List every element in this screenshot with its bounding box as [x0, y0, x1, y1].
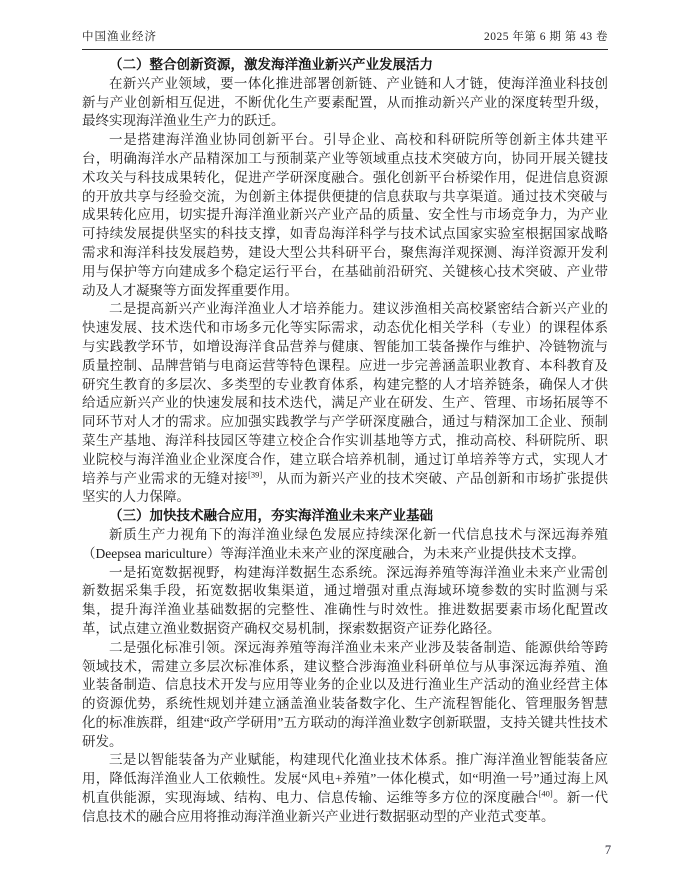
journal-page: 中国渔业经济 2025 年第 6 期 第 43 卷 （二）整合创新资源，激发海洋…	[0, 0, 691, 873]
paragraph-text: 一是搭建海洋渔业协同创新平台。引导企业、高校和科研院所等创新主体共建平台，明确海…	[82, 132, 608, 297]
article-body: （二）整合创新资源，激发海洋渔业新兴产业发展活力 在新兴产业领域，要一体化推进部…	[82, 56, 608, 827]
paragraph-text: 在新兴产业领域，要一体化推进部署创新链、产业链和人才链，使海洋渔业科技创新与产业…	[82, 76, 608, 129]
page-number: 7	[598, 843, 618, 858]
paragraph-section3-point1: 一是拓宽数据视野，构建海洋数据生态系统。深远海养殖等海洋渔业未来产业需创新数据采…	[82, 564, 608, 639]
journal-title: 中国渔业经济	[82, 28, 157, 44]
paragraph-text: 三是以智能装备为产业赋能，构建现代化渔业技术体系。推广海洋渔业智能装备应用，降低…	[82, 752, 608, 805]
paragraph-section2-point1: 一是搭建海洋渔业协同创新平台。引导企业、高校和科研院所等创新主体共建平台，明确海…	[82, 131, 608, 300]
paragraph-section2-point2: 二是提高新兴产业海洋渔业人才培养能力。建议涉渔相关高校紧密结合新兴产业的快速发展…	[82, 300, 608, 507]
citation-ref-39: [39]	[248, 469, 262, 479]
running-header: 中国渔业经济 2025 年第 6 期 第 43 卷	[82, 28, 608, 50]
paragraph-text: 新质生产力视角下的海洋渔业绿色发展应持续深化新一代信息技术与深远海养殖（Deep…	[82, 527, 608, 561]
paragraph-section3-point3: 三是以智能装备为产业赋能，构建现代化渔业技术体系。推广海洋渔业智能装备应用，降低…	[82, 751, 608, 826]
section-heading-2: （二）整合创新资源，激发海洋渔业新兴产业发展活力	[82, 56, 608, 75]
paragraph-text: 一是拓宽数据视野，构建海洋数据生态系统。深远海养殖等海洋渔业未来产业需创新数据采…	[82, 565, 608, 636]
citation-ref-40: [40]	[539, 789, 553, 799]
section-heading-3: （三）加快技术融合应用，夯实海洋渔业未来产业基础	[82, 507, 608, 526]
paragraph-section2-intro: 在新兴产业领域，要一体化推进部署创新链、产业链和人才链，使海洋渔业科技创新与产业…	[82, 75, 608, 131]
paragraph-section3-intro: 新质生产力视角下的海洋渔业绿色发展应持续深化新一代信息技术与深远海养殖（Deep…	[82, 526, 608, 564]
paragraph-text: 二是提高新兴产业海洋渔业人才培养能力。建议涉渔相关高校紧密结合新兴产业的快速发展…	[82, 301, 608, 485]
paragraph-text: 二是强化标准引领。深远海养殖等海洋渔业未来产业涉及装备制造、能源供给等跨领域技术…	[82, 640, 608, 749]
issue-info: 2025 年第 6 期 第 43 卷	[484, 28, 608, 44]
paragraph-section3-point2: 二是强化标准引领。深远海养殖等海洋渔业未来产业涉及装备制造、能源供给等跨领域技术…	[82, 639, 608, 752]
